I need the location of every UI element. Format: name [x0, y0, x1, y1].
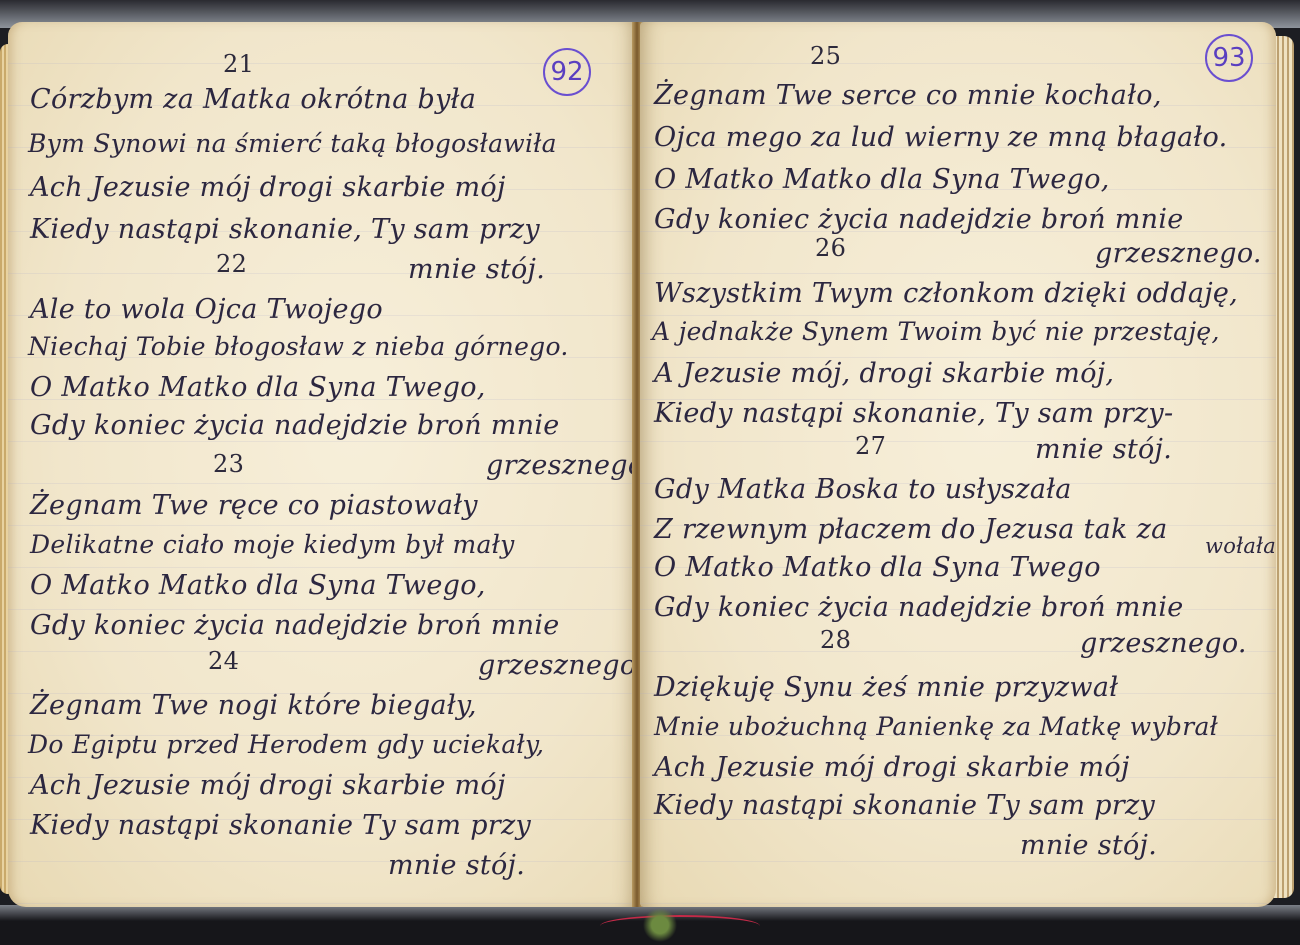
verse-line: Kiedy nastąpi skonanie Ty sam przy	[654, 790, 1155, 821]
verse-line: Gdy Matka Boska to usłyszała	[654, 474, 1072, 505]
verse-line-continuation: mnie stój.	[408, 254, 545, 285]
verse-line: Żegnam Twe serce co mnie kochało,	[654, 80, 1162, 111]
stanza-number: 23	[213, 450, 244, 478]
verse-line: O Matko Matko dla Syna Twego	[654, 552, 1101, 583]
stanza-number: 26	[815, 234, 846, 262]
verse-line: O Matko Matko dla Syna Twego,	[654, 164, 1110, 195]
verse-line: O Matko Matko dla Syna Twego,	[30, 372, 486, 403]
verse-line: Gdy koniec życia nadejdzie broń mnie	[654, 592, 1184, 623]
verse-line: Mnie ubożuchną Panienkę za Matkę wybrał	[654, 712, 1218, 741]
stanza-number: 27	[855, 432, 886, 460]
verse-line-continuation: mnie stój.	[1020, 830, 1157, 861]
stanza-number: 28	[820, 626, 851, 654]
stanza-number: 25	[810, 42, 841, 70]
verse-line: Gdy koniec życia nadejdzie broń mnie	[654, 204, 1184, 235]
verse-line-continuation: grzesznego.	[1080, 628, 1247, 659]
verse-line: Ojca mego za lud wierny ze mną błagało.	[654, 122, 1227, 153]
page-number-left: 92	[543, 48, 591, 96]
verse-line: A Jezusie mój, drogi skarbie mój,	[654, 358, 1114, 389]
verse-line: Niechaj Tobie błogosław z nieba górnego.	[28, 332, 569, 361]
verse-line: Gdy koniec życia nadejdzie broń mnie	[30, 410, 560, 441]
verse-line: Kiedy nastąpi skonanie Ty sam przy	[30, 810, 531, 841]
verse-line: O Matko Matko dla Syna Twego,	[30, 570, 486, 601]
verse-line: Ale to wola Ojca Twojego	[30, 294, 383, 325]
verse-line: Ach Jezusie mój drogi skarbie mój	[30, 172, 506, 203]
right-page: 93 25 Żegnam Twe serce co mnie kochało, …	[640, 22, 1276, 907]
left-page: 92 21 Córzbym za Matka okrótna była Bym …	[8, 22, 636, 907]
verse-line: Kiedy nastąpi skonanie, Ty sam przy-	[654, 398, 1173, 429]
verse-line-continuation: mnie stój.	[388, 850, 525, 881]
verse-line-continuation: wołała	[1205, 534, 1276, 558]
verse-line: Córzbym za Matka okrótna była	[30, 84, 476, 115]
verse-line-continuation: mnie stój.	[1035, 434, 1172, 465]
verse-line: Z rzewnym płaczem do Jezusa tak za	[654, 514, 1168, 545]
verse-line: Ach Jezusie mój drogi skarbie mój	[30, 770, 506, 801]
verse-line: Żegnam Twe nogi które biegały,	[30, 690, 477, 721]
verse-line: Do Egiptu przed Herodem gdy uciekały,	[28, 730, 544, 759]
verse-line: Kiedy nastąpi skonanie, Ty sam przy	[30, 214, 540, 245]
open-notebook: 92 21 Córzbym za Matka okrótna była Bym …	[0, 14, 1300, 919]
verse-line: Żegnam Twe ręce co piastowały	[30, 490, 478, 521]
verse-line: Dziękuję Synu żeś mnie przyzwał	[654, 672, 1118, 703]
verse-line-continuation: grzesznego	[486, 450, 636, 481]
bookmark-tassel-green	[640, 905, 680, 945]
verse-line: Wszystkim Twym członkom dzięki oddaję,	[654, 278, 1238, 309]
verse-line-continuation: grzesznego.	[1095, 238, 1262, 269]
stanza-number: 24	[208, 647, 239, 675]
verse-line: Delikatne ciało moje kiedym był mały	[30, 530, 515, 559]
stanza-number: 22	[216, 250, 247, 278]
verse-line: A jednakże Synem Twoim być nie przestaję…	[652, 317, 1220, 346]
stanza-number: 21	[223, 50, 254, 78]
verse-line: Ach Jezusie mój drogi skarbie mój	[654, 752, 1130, 783]
page-number-right: 93	[1205, 34, 1253, 82]
verse-line-continuation: grzesznego	[478, 650, 636, 681]
bookmark-ribbon-red	[600, 915, 760, 937]
verse-line: Gdy koniec życia nadejdzie broń mnie	[30, 610, 560, 641]
verse-line: Bym Synowi na śmierć taką błogosławiła	[28, 129, 557, 158]
